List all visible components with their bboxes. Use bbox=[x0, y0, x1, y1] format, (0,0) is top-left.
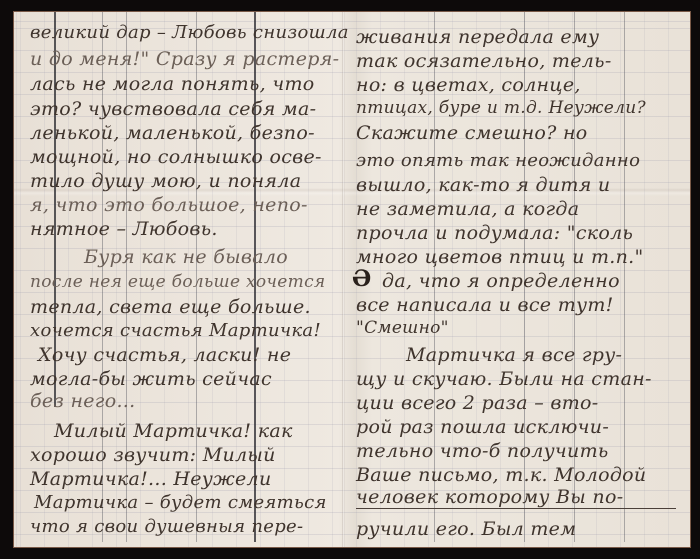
text-line: не заметила, а когда bbox=[356, 198, 579, 220]
text-line: без него... bbox=[30, 390, 135, 412]
text-line: Мартичка – будет смеяться bbox=[34, 492, 327, 513]
text-line: птицах, буре и т.д. Неужели? bbox=[356, 98, 646, 118]
text-line: после нея еще больше хочется bbox=[30, 272, 325, 292]
text-line: тельно что-б получить bbox=[356, 440, 609, 462]
text-line: человек которому Вы по- bbox=[356, 486, 623, 508]
text-line: тило душу мою, и поняла bbox=[30, 170, 301, 192]
ink-blot-mark-icon: Ə bbox=[352, 266, 371, 292]
center-fold bbox=[342, 12, 345, 547]
text-line: ленькой, маленькой, безпо- bbox=[30, 122, 315, 144]
text-line: да, что я определенно bbox=[382, 270, 620, 292]
text-line: "Смешно" bbox=[356, 318, 449, 338]
letter-paper: великий дар – Любовь снизошла и до меня!… bbox=[14, 12, 690, 547]
text-line: прочла и подумала: "сколь bbox=[356, 222, 633, 244]
text-line: живания передала ему bbox=[356, 26, 599, 48]
text-line: хочется счастья Мартичка! bbox=[30, 320, 321, 341]
text-line: лась не могла понять, что bbox=[30, 73, 315, 95]
text-line: ручили его. Был тем bbox=[356, 518, 576, 540]
text-line: и до меня!" Сразу я растеря- bbox=[30, 48, 339, 70]
text-line: много цветов птиц и т.п." bbox=[356, 246, 644, 268]
text-line: тепла, света еще больше. bbox=[30, 296, 311, 318]
text-line: что я свои душевныя пере- bbox=[30, 516, 303, 537]
text-line: Буря как не бывало bbox=[84, 246, 288, 268]
text-line: это? чувствовала себя ма- bbox=[30, 98, 316, 120]
text-line: Мартичка!... Неужели bbox=[30, 468, 272, 490]
text-line: могла-бы жить сейчас bbox=[30, 368, 272, 390]
text-line: Скажите смешно? но bbox=[356, 122, 588, 144]
text-line: Милый Мартичка! как bbox=[54, 420, 293, 442]
text-line: ции всего 2 раза – вто- bbox=[356, 392, 599, 414]
text-line: нятное – Любовь. bbox=[30, 218, 218, 240]
text-line: Ваше письмо, т.к. Молодой bbox=[356, 464, 646, 486]
text-line: щу и скучаю. Были на стан- bbox=[356, 368, 652, 390]
text-line: но: в цветах, солнце, bbox=[356, 74, 581, 96]
text-line: мощной, но солнышко осве- bbox=[30, 146, 322, 168]
text-line: так осязательно, тель- bbox=[356, 50, 612, 72]
text-line: Мартичка я все гру- bbox=[406, 344, 622, 366]
underline-rule bbox=[356, 508, 676, 509]
text-line: Хочу счастья, ласки! не bbox=[38, 344, 291, 366]
ruled-line bbox=[624, 12, 625, 542]
text-line: вышло, как-то я дитя и bbox=[356, 174, 610, 196]
text-line: я, что это большое, непо- bbox=[30, 194, 308, 216]
text-line: великий дар – Любовь снизошла bbox=[30, 22, 349, 43]
text-line: рой раз пошла исключи- bbox=[356, 416, 609, 438]
text-line: хорошо звучит: Милый bbox=[30, 444, 276, 466]
text-line: все написала и все тут! bbox=[356, 294, 614, 316]
text-line: это опять так неожиданно bbox=[356, 150, 640, 171]
